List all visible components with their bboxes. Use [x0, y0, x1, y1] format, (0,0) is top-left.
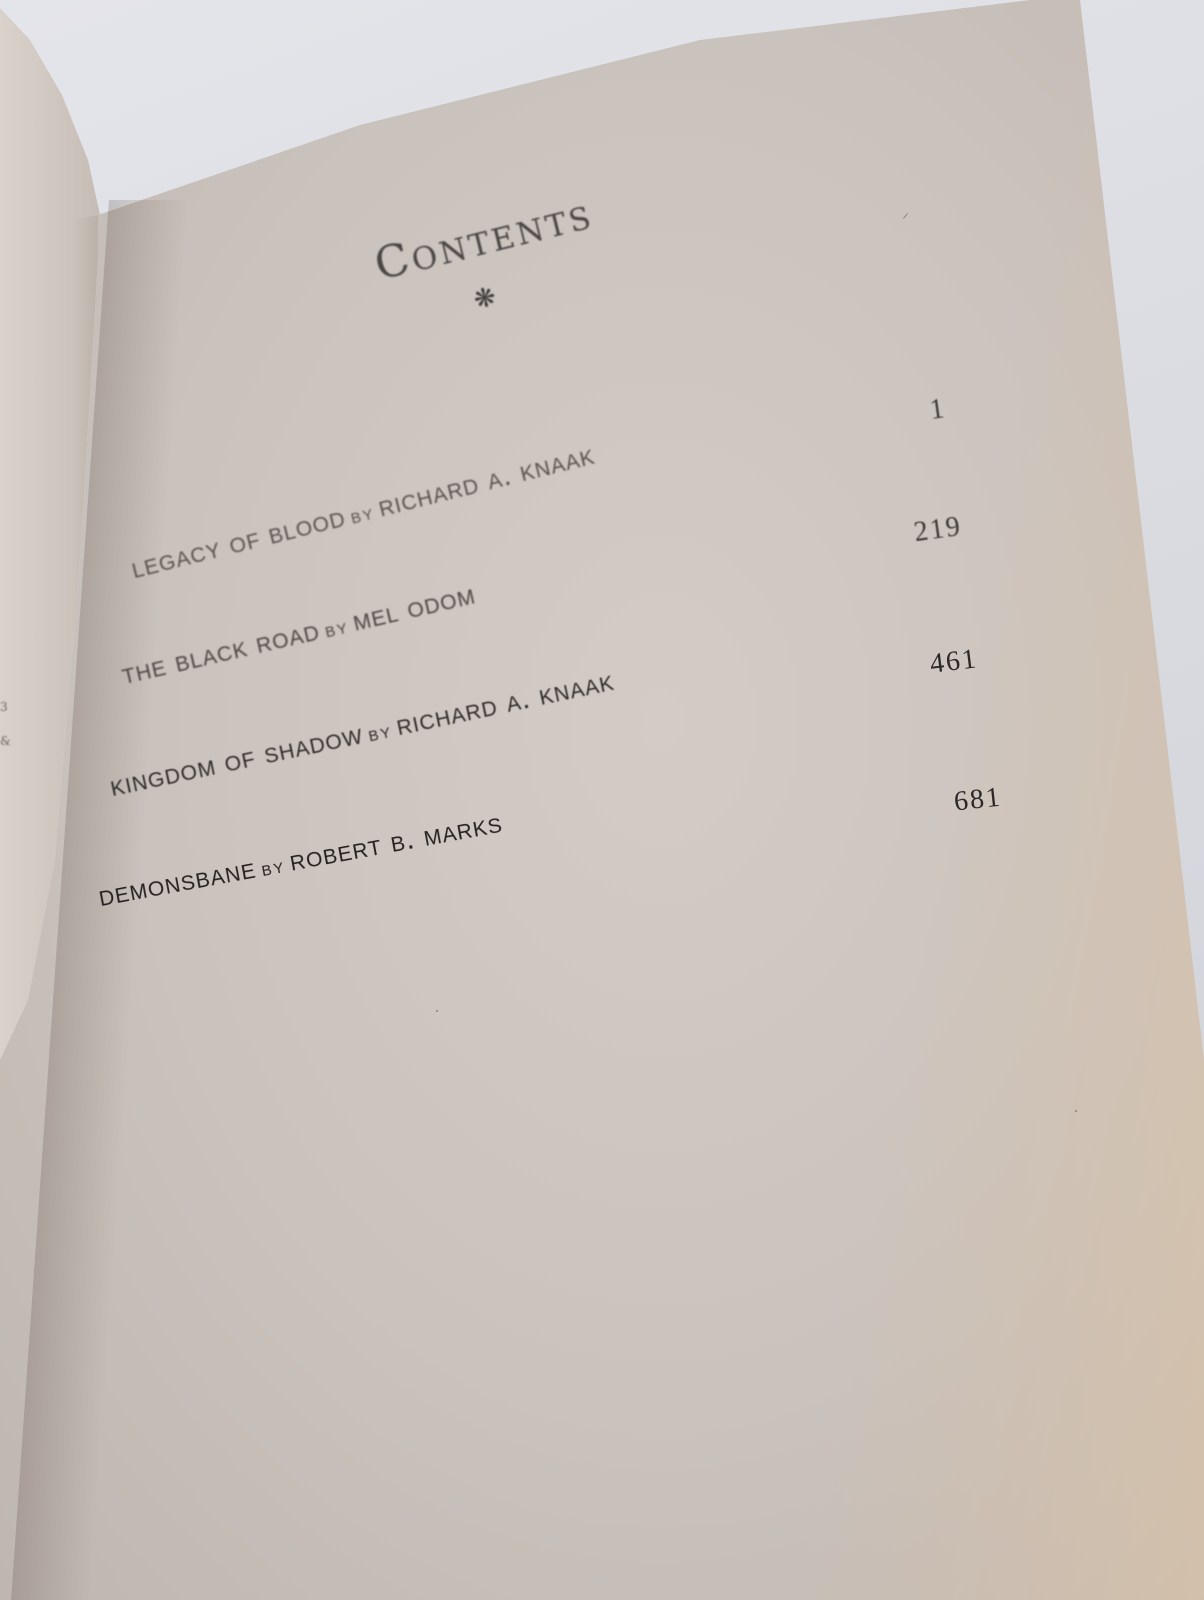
- entry-by: by: [348, 499, 377, 529]
- paper-speck: [1075, 1110, 1077, 1112]
- left-page-fragment: &: [0, 724, 12, 758]
- entry-by: by: [322, 613, 351, 643]
- left-page-text-fragments: 3 &: [0, 690, 12, 758]
- entry-by: by: [259, 852, 287, 881]
- entry-by: by: [366, 717, 395, 746]
- entry-page-number: 461: [928, 643, 980, 681]
- left-page-fragment: 3: [0, 690, 12, 724]
- entry-page-number: 219: [912, 511, 964, 549]
- paper-speck: [436, 1010, 438, 1012]
- entry-page-number: 681: [952, 782, 1003, 819]
- page-edge-highlight: [0, 0, 1204, 1600]
